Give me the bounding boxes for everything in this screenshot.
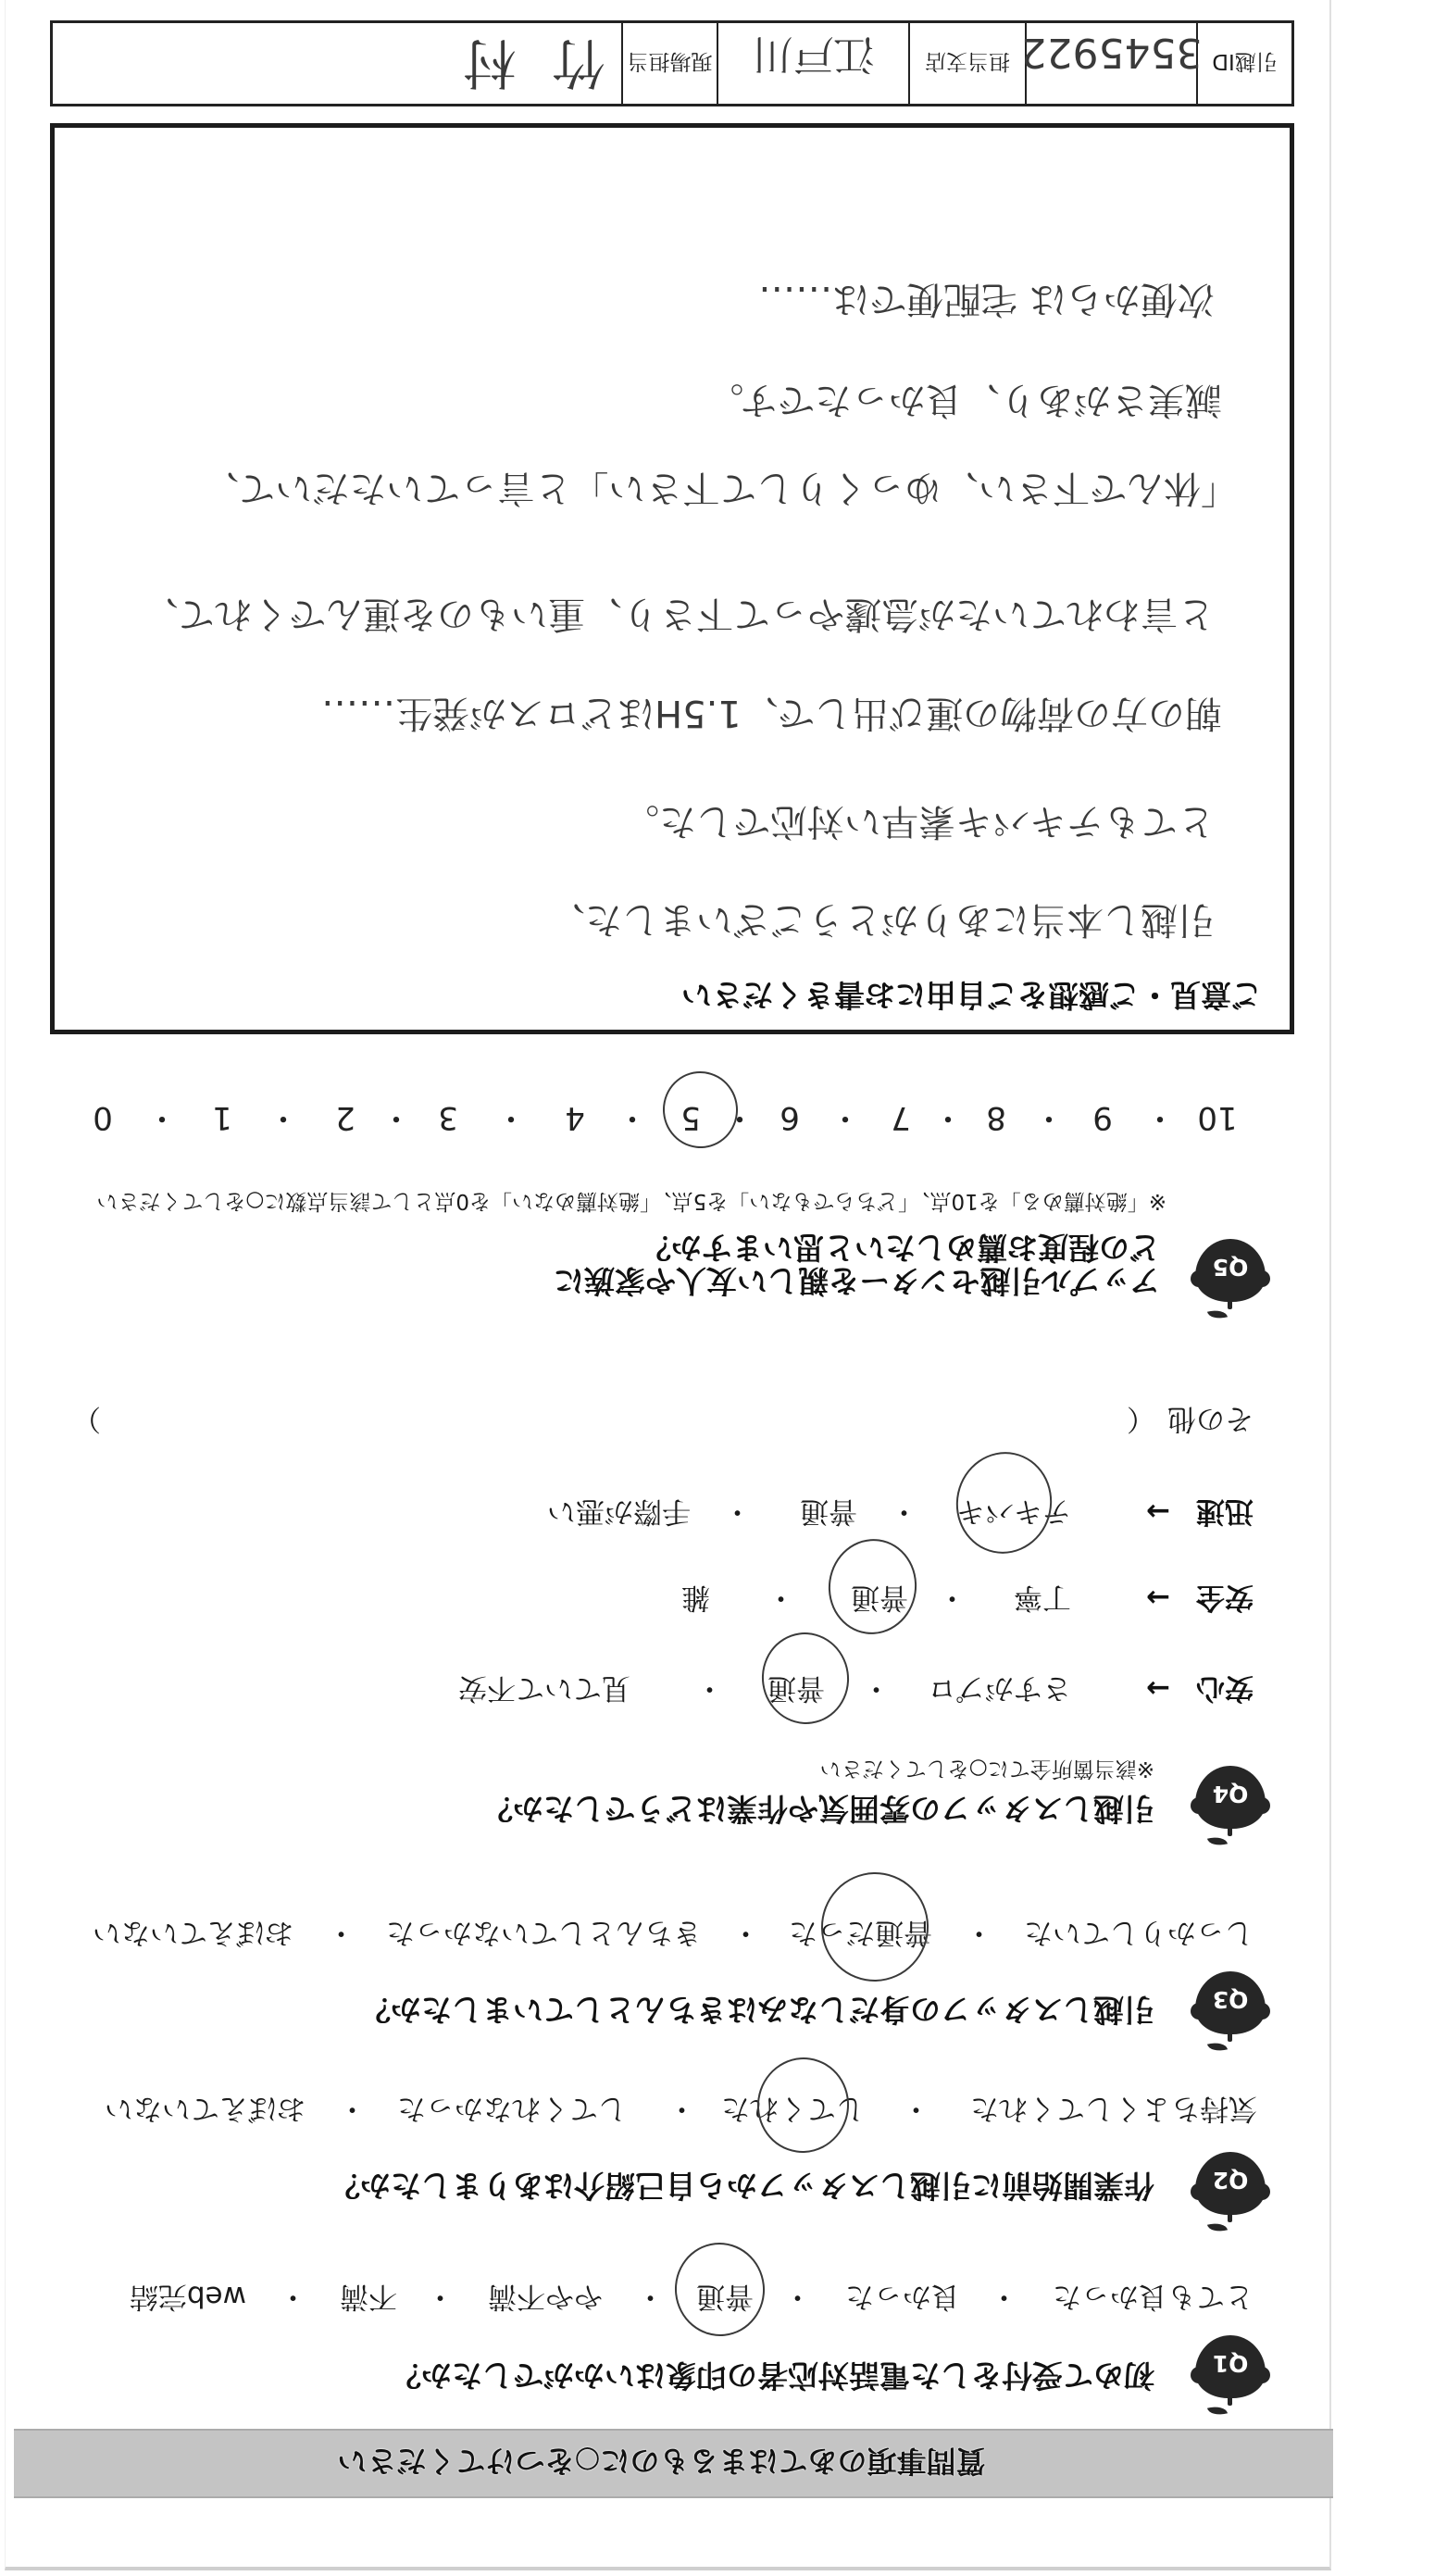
q2-badge: Q2 bbox=[1191, 2150, 1270, 2235]
q1-badge: Q1 bbox=[1191, 2333, 1270, 2419]
apple-icon: Q3 bbox=[1195, 1971, 1266, 2034]
separator-dot: ・ bbox=[723, 1494, 752, 1529]
scale-value: 2 bbox=[335, 1099, 356, 1136]
q4-question: 引越しスタッフの雰囲気や作業はどうでしたか？ bbox=[482, 1790, 1154, 1827]
move-id-value: 3545922 bbox=[1021, 23, 1203, 76]
badge-label: Q5 bbox=[1213, 1255, 1249, 1282]
apple-icon: Q2 bbox=[1195, 2152, 1266, 2215]
handwritten-comment-line: 次便からは 宅配便では…… bbox=[758, 279, 1215, 319]
q1-option: とても良かった bbox=[1053, 2279, 1254, 2314]
move-id-label-cell: 引越ID bbox=[1196, 23, 1291, 104]
separator-dot: ・ bbox=[767, 1580, 795, 1615]
leaf-icon bbox=[1207, 2040, 1228, 2055]
handwritten-comment-line: 誠実さがあり、良かったです。 bbox=[706, 380, 1222, 420]
q4-note: ※該当箇所全てに○をしてください bbox=[820, 1756, 1154, 1782]
q4-row-label: 安心 bbox=[1196, 1670, 1254, 1706]
separator-dot: ・ bbox=[426, 2279, 455, 2314]
q1-option: 良かった bbox=[845, 2279, 960, 2314]
info-table: 引越ID 3545922 担当支店 江戸川 現場担当 竹村 bbox=[50, 20, 1294, 106]
arrow-right-icon: → bbox=[1146, 1670, 1170, 1706]
separator-dot: ・ bbox=[830, 1099, 861, 1136]
q4-row-label: 迅速 bbox=[1196, 1494, 1254, 1529]
staff-label-cell: 現場担当 bbox=[621, 23, 717, 104]
leaf-icon bbox=[1207, 1834, 1228, 1849]
separator-dot: ・ bbox=[279, 2279, 307, 2314]
q2-option: してくれなかった bbox=[397, 2091, 627, 2126]
instructions-text: 質問事項のあてはまるものに○をつけてください bbox=[338, 2443, 1010, 2485]
apple-icon: Q5 bbox=[1195, 1239, 1266, 1302]
badge-label: Q3 bbox=[1213, 1987, 1249, 2014]
q4-option: 手際が悪い bbox=[547, 1494, 691, 1529]
q5-question-line2: どの程度お薦めしたいと思いますか？ bbox=[641, 1229, 1160, 1266]
badge-label: Q2 bbox=[1213, 2168, 1249, 2195]
scale-value: 9 bbox=[1092, 1099, 1113, 1136]
q3-option: きちんとしていなかった bbox=[386, 1915, 702, 1950]
q5-badge: Q5 bbox=[1191, 1237, 1270, 1322]
separator-dot: ・ bbox=[146, 1099, 178, 1136]
q4-option: 普通 bbox=[800, 1494, 857, 1529]
separator-dot: ・ bbox=[1033, 1099, 1065, 1136]
q1-option: web完結 bbox=[130, 2279, 246, 2314]
q4-option: 見ていて不安 bbox=[458, 1670, 630, 1706]
separator-dot: ・ bbox=[990, 2279, 1018, 2314]
q3-badge: Q3 bbox=[1191, 1970, 1270, 2055]
q2-question: 作業開始前に引越しスタッフから自己紹介はありましたか？ bbox=[330, 2167, 1154, 2204]
staff-cell: 竹村 bbox=[53, 23, 621, 104]
scanned-survey-sheet: 質問事項のあてはまるものに○をつけてください Q1 初めて受付をした電話対応者の… bbox=[0, 0, 1447, 2576]
staff-label: 現場担当 bbox=[628, 48, 713, 79]
separator-dot: ・ bbox=[268, 1099, 299, 1136]
separator-dot: ・ bbox=[965, 1915, 993, 1950]
separator-dot: ・ bbox=[731, 1915, 760, 1950]
handwritten-comment-line: と言われていたが急遽やって下さり、重いものを運んでくれて、 bbox=[142, 594, 1215, 634]
separator-dot: ・ bbox=[1144, 1099, 1176, 1136]
q2-option: 気持ちよくしてくれた bbox=[970, 2091, 1257, 2126]
separator-dot: ・ bbox=[380, 1099, 412, 1136]
q2-option: おぼえていない bbox=[105, 2091, 306, 2126]
apple-icon: Q1 bbox=[1195, 2335, 1266, 2398]
q4-option: さすがプロ bbox=[928, 1670, 1071, 1706]
staff-value: 竹村 bbox=[428, 23, 605, 106]
q4-option: 雑 bbox=[681, 1580, 710, 1615]
leaf-icon bbox=[1207, 2404, 1228, 2419]
q3-question: 引越しスタッフの身だしなみはきちんとしていましたか？ bbox=[360, 1991, 1154, 2028]
q4-badge: Q4 bbox=[1191, 1764, 1270, 1849]
q4-other-label: その他 bbox=[1167, 1401, 1254, 1436]
q3-option: しっかりしていた bbox=[1024, 1915, 1254, 1950]
separator-dot: ・ bbox=[890, 1494, 918, 1529]
separator-dot: ・ bbox=[667, 2091, 696, 2126]
scale-value: 8 bbox=[986, 1099, 1006, 1136]
branch-value: 江戸川 bbox=[753, 23, 875, 88]
q5-note: ※「絶対薦める」を10点、「どちらでもない」を5点、「絶対薦めない」を0点として… bbox=[96, 1188, 1166, 1214]
arrow-right-icon: → bbox=[1146, 1494, 1170, 1529]
open-paren: （ bbox=[1127, 1401, 1155, 1436]
badge-label: Q1 bbox=[1213, 2351, 1249, 2378]
move-id-label: 引越ID bbox=[1212, 48, 1278, 79]
q4-option: 丁寧 bbox=[1014, 1580, 1071, 1615]
move-id-cell: 3545922 bbox=[1025, 23, 1196, 104]
scale-value: 3 bbox=[438, 1099, 458, 1136]
apple-icon: Q4 bbox=[1195, 1766, 1266, 1829]
separator-dot: ・ bbox=[617, 1099, 648, 1136]
arrow-right-icon: → bbox=[1146, 1580, 1170, 1615]
handwritten-comment-line: 朝の方の荷物の運び出しで、1.5Hほどロスが発生…… bbox=[321, 693, 1222, 733]
comments-title: ご意見・ご感想をご自由にお書きください bbox=[681, 976, 1262, 1013]
q1-option: 不満 bbox=[340, 2279, 397, 2314]
branch-label-cell: 担当支店 bbox=[908, 23, 1025, 104]
separator-dot: ・ bbox=[327, 1915, 356, 1950]
scale-value: 10 bbox=[1197, 1099, 1237, 1136]
separator-dot: ・ bbox=[783, 2279, 812, 2314]
handwritten-comment-line: 引越し本当にありがとうございました、 bbox=[548, 899, 1215, 940]
scale-value: 6 bbox=[780, 1099, 800, 1136]
close-paren: ） bbox=[72, 1401, 101, 1436]
q1-option: やや不満 bbox=[488, 2279, 603, 2314]
scale-value: 1 bbox=[212, 1099, 232, 1136]
separator-dot: ・ bbox=[695, 1670, 724, 1706]
badge-label: Q4 bbox=[1213, 1782, 1249, 1808]
instructions-bar: 質問事項のあてはまるものに○をつけてください bbox=[14, 2429, 1333, 2498]
separator-dot: ・ bbox=[636, 2279, 665, 2314]
separator-dot: ・ bbox=[338, 2091, 367, 2126]
scale-value: 7 bbox=[891, 1099, 911, 1136]
branch-label: 担当支店 bbox=[925, 48, 1010, 79]
scale-value: 0 bbox=[93, 1099, 113, 1136]
leaf-icon bbox=[1207, 2220, 1228, 2235]
separator-dot: ・ bbox=[495, 1099, 527, 1136]
leaf-icon bbox=[1207, 1307, 1228, 1322]
handwritten-comment-line: とてもテキパキ素早い対応でした。 bbox=[622, 801, 1215, 842]
separator-dot: ・ bbox=[938, 1580, 967, 1615]
separator-dot: ・ bbox=[932, 1099, 964, 1136]
q1-question: 初めて受付をした電話対応者の印象はいかがでしたか？ bbox=[391, 2357, 1154, 2394]
handwritten-comment-line: 「休んで下さい、ゆっくりして下さい」と言っていただいて、 bbox=[202, 468, 1238, 508]
branch-cell: 江戸川 bbox=[717, 23, 908, 104]
q4-row-label: 安全 bbox=[1196, 1580, 1254, 1615]
scale-value: 4 bbox=[565, 1099, 585, 1136]
q3-option: おぼえていない bbox=[93, 1915, 293, 1950]
separator-dot: ・ bbox=[902, 2091, 930, 2126]
separator-dot: ・ bbox=[862, 1670, 891, 1706]
q5-question-line1: アップル引越センターを親しい友人や家族に bbox=[554, 1262, 1160, 1299]
